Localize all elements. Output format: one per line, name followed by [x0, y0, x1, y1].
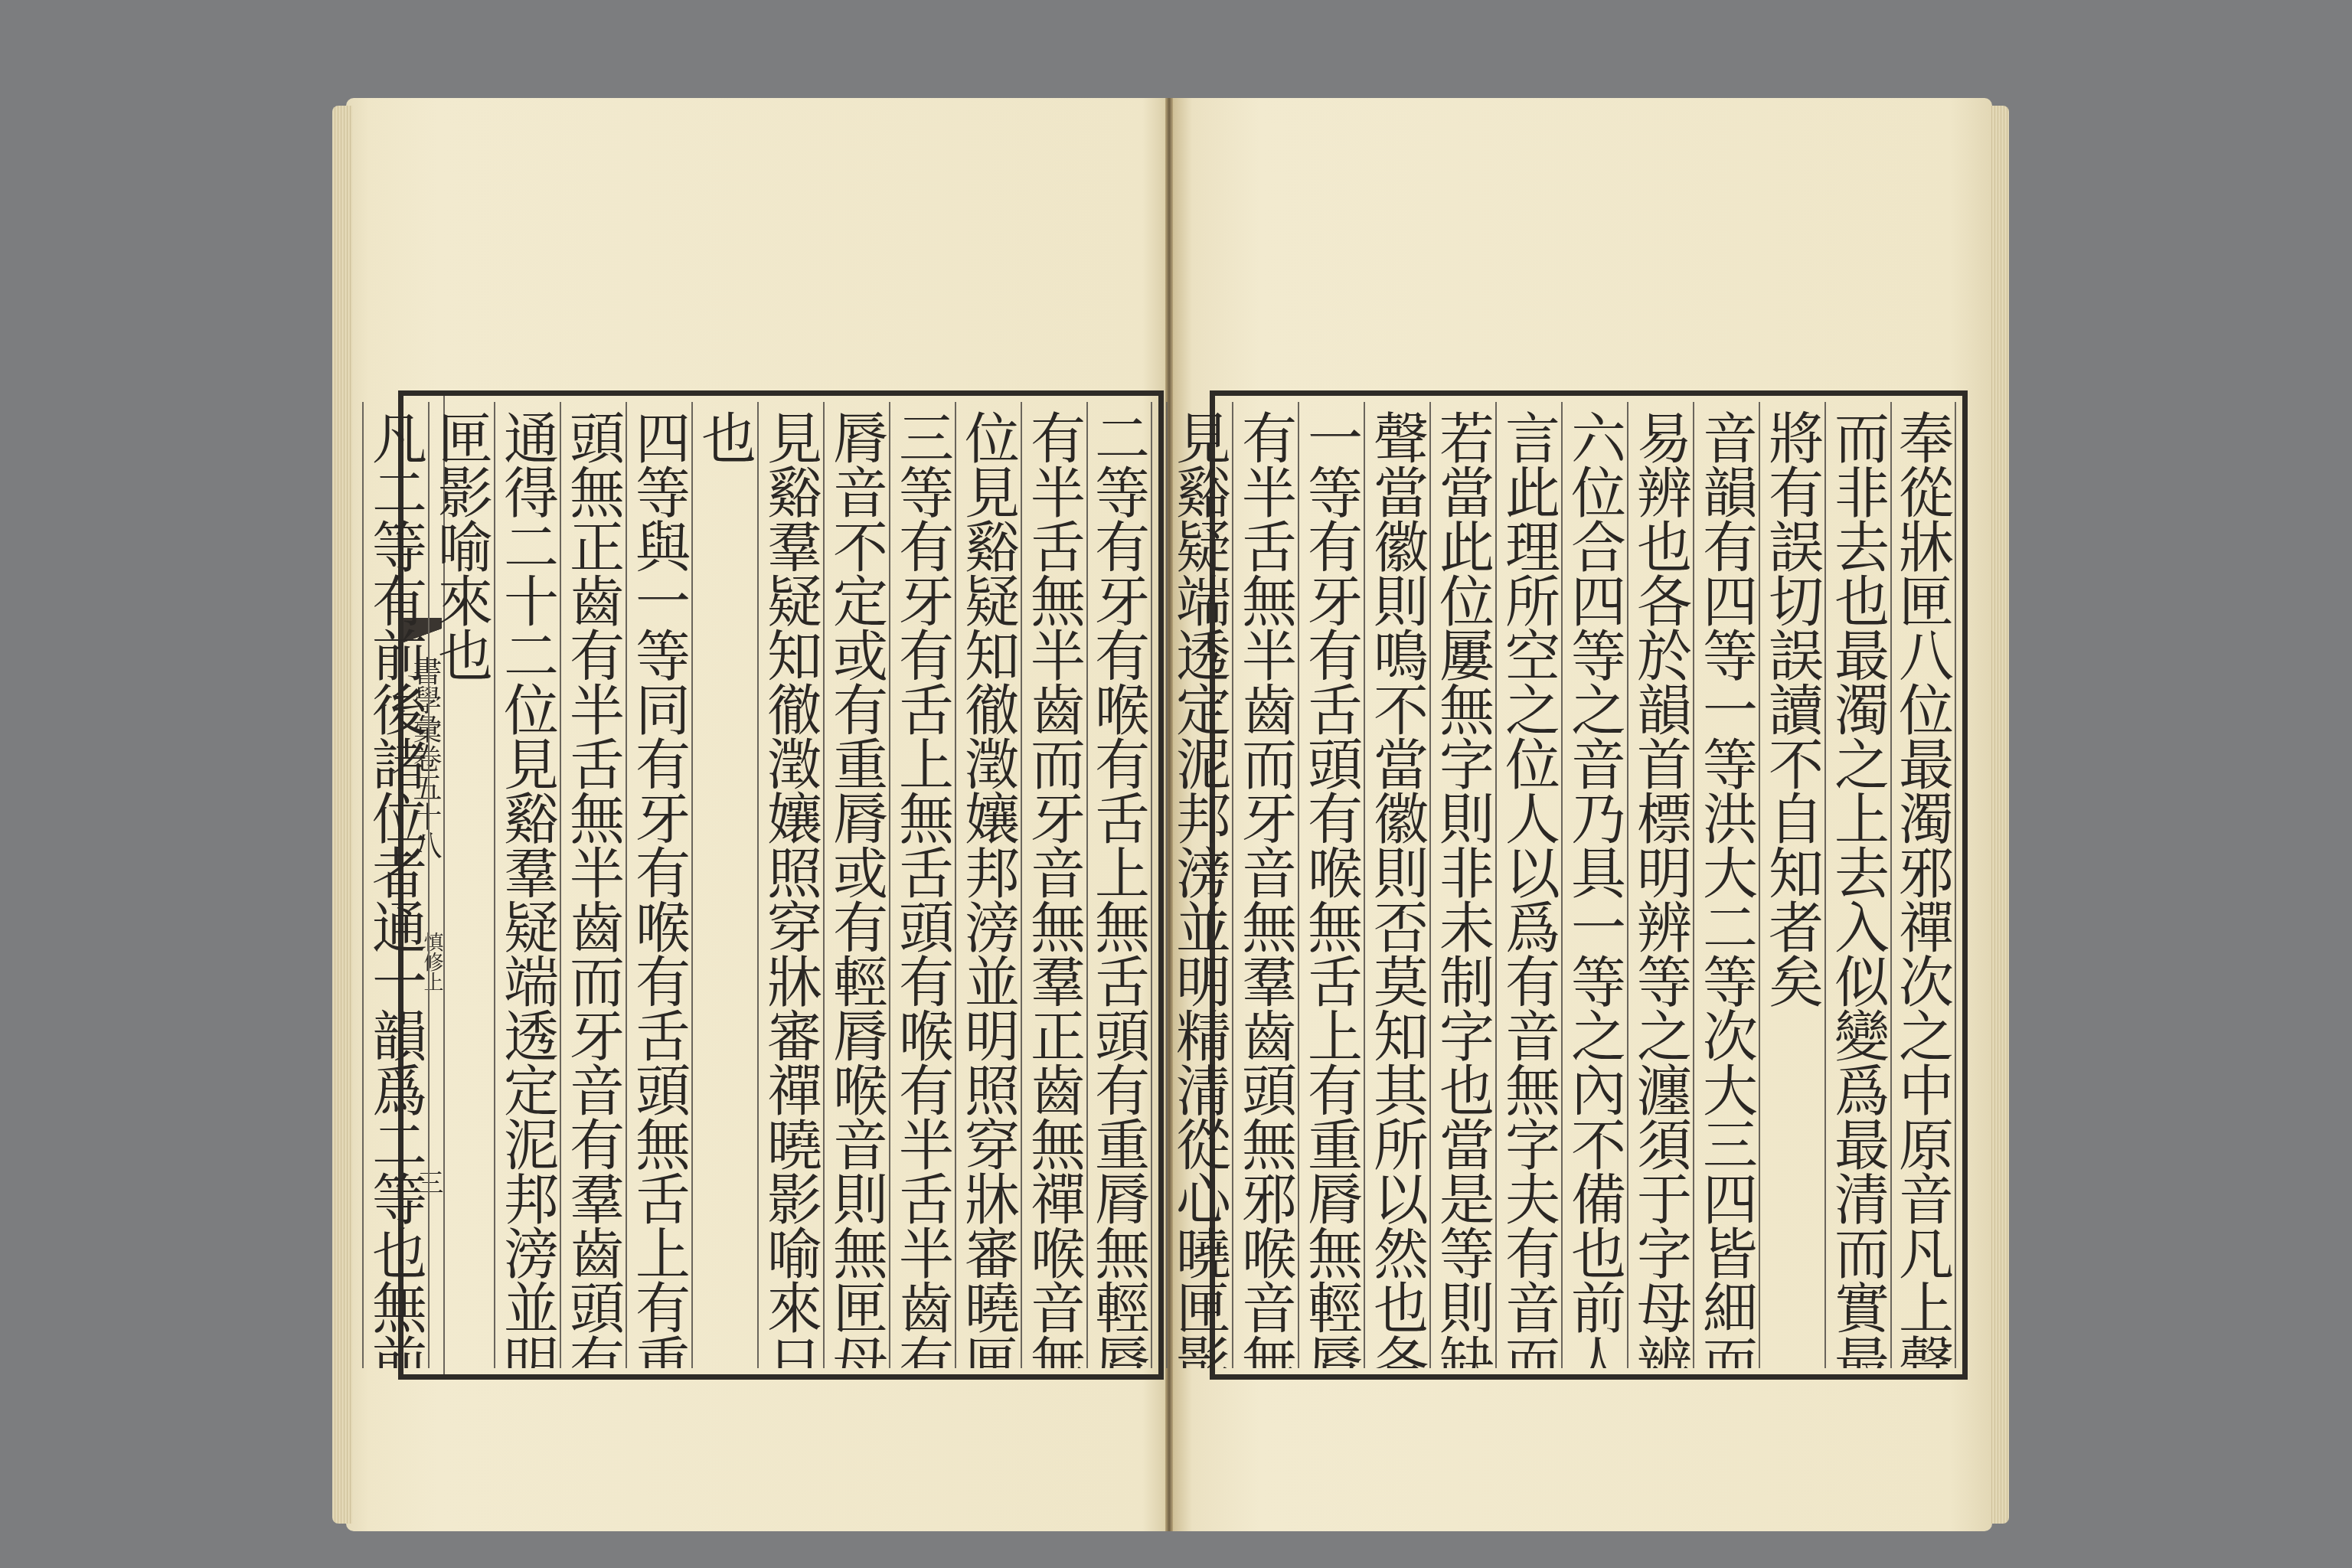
- left-text-columns: 二等有牙有喉有舌上無舌頭有重脣無輕脣有正齒無齒頭 有半舌無半齒而牙音無羣正齒無禪…: [449, 402, 1152, 1368]
- page-edges-right: [1989, 106, 2009, 1524]
- text-column: 位見谿疑知徹澂孃邦滂並明照穿牀審曉匣影來也: [955, 402, 1021, 1368]
- right-text-columns: 奉從牀匣八位最濁邪禪次之中原音凡上聲當此十位似去 而非去也最濁之上去入似變爲最清…: [1223, 402, 1956, 1368]
- text-column: 易辨也各於韻首標明辨等之瀍須于字母辨之凡字母三十: [1627, 402, 1693, 1368]
- text-column: 言此理所空之位人以爲有音無字夫有音而未制字者有之: [1495, 402, 1561, 1368]
- text-column: 聲當徽則鳴不當徽則否莫知其所以然也各等之位詳于左: [1364, 402, 1429, 1368]
- text-column: 脣音不定或有重脣或有輕脣喉音則無匣母通得二十二位: [823, 402, 889, 1368]
- left-page: 書學彙卷五十八 慎修上 三 二等有牙有喉有舌上無舌頭有重脣無輕脣有正齒無齒頭 有…: [346, 98, 1169, 1531]
- text-column: 將有誤切誤讀不自知者矣: [1759, 402, 1824, 1368]
- page-edges-left: [332, 106, 352, 1524]
- text-column: 四等與一等同有牙有喉有舌頭無舌上有重脣無輕脣有齒: [626, 402, 691, 1368]
- text-column: 見谿羣疑知徹澂孃照穿牀審禪曉影喻來日及脣音之四母: [757, 402, 823, 1368]
- text-column: 而非去也最濁之上去入似變爲最清而實最濁也不明乎此: [1824, 402, 1890, 1368]
- text-column: 音韻有四等一等洪大二等次大三四皆細而四尤細學者未: [1693, 402, 1759, 1368]
- text-column: 頭無正齒有半舌無半齒而牙音有羣齒頭有邪喉音有喻亦: [560, 402, 626, 1368]
- text-column: 見谿疑端透定泥邦滂並明精清從心曉匣影來也: [1166, 402, 1232, 1368]
- text-column: 匣影喻來也: [428, 402, 494, 1368]
- text-column: 六位合四等之音乃具一等之內不備也前人爲等韻圖未明: [1561, 402, 1627, 1368]
- text-column: 一等有牙有舌頭有喉無舌上有重脣無輕脣有齒頭無正齒: [1298, 402, 1364, 1368]
- text-column: 通得二十二位見谿羣疑端透定泥邦滂並明精清從心邪曉: [494, 402, 560, 1368]
- open-book: 書學彙卷五十八 慎修上 三 二等有牙有喉有舌上無舌頭有重脣無輕脣有正齒無齒頭 有…: [346, 98, 1992, 1531]
- right-text-frame: 奉從牀匣八位最濁邪禪次之中原音凡上聲當此十位似去 而非去也最濁之上去入似變爲最清…: [1210, 390, 1968, 1380]
- left-text-frame: 書學彙卷五十八 慎修上 三 二等有牙有喉有舌上無舌頭有重脣無輕脣有正齒無齒頭 有…: [398, 390, 1164, 1380]
- text-column: 三等有牙有舌上無舌頭有喉有半舌半齒有正齒無齒頭而: [889, 402, 955, 1368]
- text-column: 若當此位屢無字則非未制字也當是等則缺此位猶琴之泛: [1429, 402, 1495, 1368]
- text-column: 奉從牀匣八位最濁邪禪次之中原音凡上聲當此十位似去: [1890, 402, 1956, 1368]
- text-column: 也: [691, 402, 757, 1368]
- text-column: 有半舌無半齒而牙音無羣齒頭無邪喉音無喻通得十九位: [1232, 402, 1298, 1368]
- text-column: 凡二等有前後諸位者通一韻爲二等也無前後諸位者但有: [362, 402, 428, 1368]
- text-column: 二等有牙有喉有舌上無舌頭有重脣無輕脣有正齒無齒頭: [1086, 402, 1152, 1368]
- text-column: 有半舌無半齒而牙音無羣正齒無禪喉音無喻亦通得十九: [1021, 402, 1086, 1368]
